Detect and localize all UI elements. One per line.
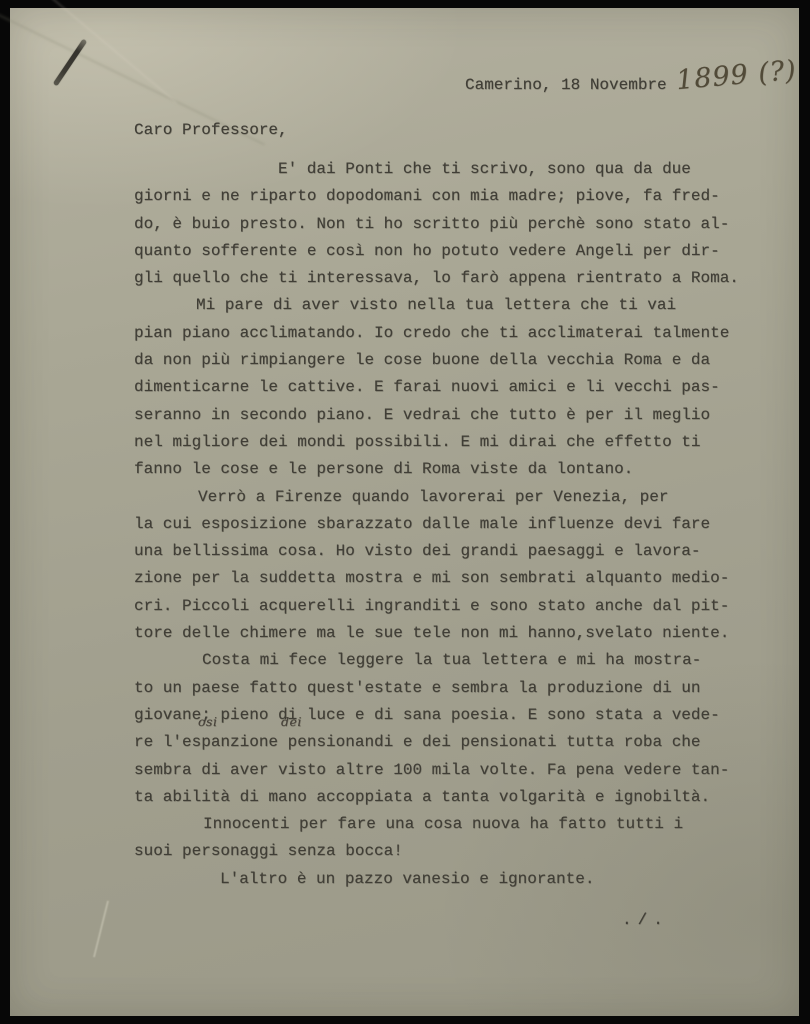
typed-segment: re l'espan — [134, 733, 230, 751]
letter-line: giorni e ne riparto dopodomani con mia m… — [134, 183, 770, 210]
letter-paper: Camerino, 18 Novembre1899 (?) Caro Profe… — [10, 8, 799, 1016]
pencil-slash-mark — [53, 39, 87, 87]
salutation: Caro Professore, — [134, 121, 288, 139]
handwritten-correction: dei — [281, 708, 302, 735]
letter-line: una bellissima cosa. Ho visto dei grandi… — [134, 538, 770, 565]
paragraph: Innocenti per fare una cosa nuova ha fat… — [134, 811, 770, 866]
paragraph: L'altro è un pazzo vanesio e ignorante. — [134, 866, 770, 893]
letter-line: zione per la suddetta mostra e mi son se… — [134, 565, 770, 592]
letter-line: ta abilità di mano accoppiata a tanta vo… — [134, 784, 770, 811]
paper-scratch — [93, 901, 109, 958]
letter-line: quanto sofferente e così non ho potuto v… — [134, 238, 770, 265]
continuation-mark: ./. — [622, 911, 669, 929]
paragraph: Mi pare di aver visto nella tua lettera … — [134, 292, 770, 483]
letter-line: gli quello che ti interessava, lo farò a… — [134, 265, 770, 292]
letter-line: cri. Piccoli acquerelli ingranditi e son… — [134, 593, 770, 620]
letter-line: dimenticarne le cattive. E farai nuovi a… — [134, 374, 770, 401]
dateline: Camerino, 18 Novembre1899 (?) — [465, 65, 796, 96]
letter-line: to un paese fatto quest'estate e sembra … — [134, 675, 770, 702]
letter-line: Costa mi fece leggere la tua lettera e m… — [134, 647, 770, 674]
letter-line: Innocenti per fare una cosa nuova ha fat… — [134, 811, 770, 838]
letter-line: suoi personaggi senza bocca! — [134, 838, 770, 865]
letter-line: L'altro è un pazzo vanesio e ignorante. — [134, 866, 770, 893]
handwritten-year: 1899 (?) — [675, 55, 798, 96]
letter-line: tore delle chimere ma le sue tele non mi… — [134, 620, 770, 647]
typed-segment: pensionandi e dei pensionati tutta roba … — [278, 733, 700, 751]
letter-line: nel migliore dei mondi possibili. E mi d… — [134, 429, 770, 456]
paper-crease — [23, 0, 177, 103]
letter-line: giovane; pieno di luce e di sana poesia.… — [134, 702, 770, 729]
letter-line: do, è buio presto. Non ti ho scritto più… — [134, 211, 770, 238]
dateline-typed: Camerino, 18 Novembre — [465, 76, 667, 94]
handwritten-correction: osi — [198, 708, 217, 735]
letter-line-with-correction: re l'espanosizionedei pensionandi e dei … — [134, 729, 770, 756]
letter-line: E' dai Ponti che ti scrivo, sono qua da … — [134, 156, 770, 183]
typed-segment: zione — [230, 733, 278, 751]
letter-line: fanno le cose e le persone di Roma viste… — [134, 456, 770, 483]
letter-line: Verrò a Firenze quando lavorerai per Ven… — [134, 484, 770, 511]
letter-line: da non più rimpiangere le cose buone del… — [134, 347, 770, 374]
letter-line: seranno in secondo piano. E vedrai che t… — [134, 402, 770, 429]
letter-line: sembra di aver visto altre 100 mila volt… — [134, 757, 770, 784]
scanned-letter-page: Camerino, 18 Novembre1899 (?) Caro Profe… — [0, 0, 810, 1024]
letter-line: la cui esposizione sbarazzato dalle male… — [134, 511, 770, 538]
paragraph: Verrò a Firenze quando lavorerai per Ven… — [134, 484, 770, 648]
paragraph: E' dai Ponti che ti scrivo, sono qua da … — [134, 156, 770, 292]
letter-line: Mi pare di aver visto nella tua lettera … — [134, 292, 770, 319]
letter-body: E' dai Ponti che ti scrivo, sono qua da … — [134, 156, 770, 893]
paragraph: Costa mi fece leggere la tua lettera e m… — [134, 647, 770, 811]
letter-line: pian piano acclimatando. Io credo che ti… — [134, 320, 770, 347]
